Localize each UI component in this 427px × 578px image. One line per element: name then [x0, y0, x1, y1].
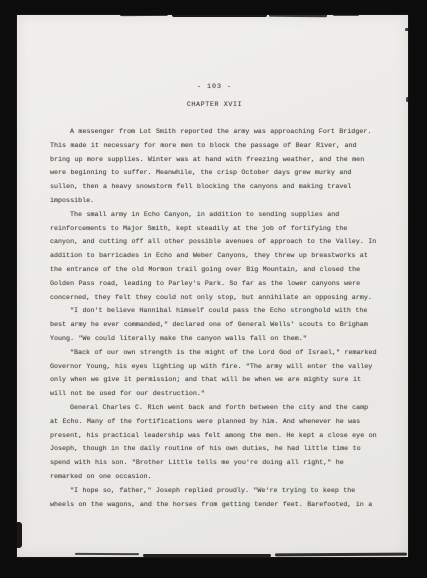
scan-artifact-bottom-smudge — [75, 553, 139, 555]
paragraph: "I hope so, father," Joseph replied prou… — [50, 485, 379, 513]
scan-artifact-bottom-smudge — [143, 554, 271, 557]
paragraph: A messenger from Lot Smith reported the … — [50, 126, 379, 209]
scan-artifact-edge-tick — [405, 28, 409, 31]
scan-artifact-bottom-smudge — [275, 553, 407, 557]
chapter-heading: CHAPTER XVII — [50, 101, 379, 109]
page-number: - 103 - — [50, 83, 379, 91]
scan-artifact-top-smudge — [120, 13, 168, 16]
paragraph: "I don't believe Hannibal himself could … — [50, 305, 379, 346]
scan-artifact-top-smudge — [172, 13, 267, 17]
scan-background: - 103 - CHAPTER XVII A messenger from Lo… — [0, 0, 427, 578]
document-page: - 103 - CHAPTER XVII A messenger from Lo… — [17, 15, 408, 557]
paragraph: The small army in Echo Canyon, in additi… — [50, 209, 379, 306]
paragraph: "Back of our own strength is the might o… — [50, 347, 379, 402]
scan-artifact-top-smudge — [269, 14, 327, 18]
page-text-block: - 103 - CHAPTER XVII A messenger from Lo… — [50, 83, 379, 512]
paragraph: General Charles C. Rich went back and fo… — [50, 402, 379, 485]
scan-artifact-edge-tick — [406, 97, 409, 102]
scan-artifact-edge-blob — [15, 522, 22, 548]
scan-artifact-top-smudge — [333, 14, 359, 16]
